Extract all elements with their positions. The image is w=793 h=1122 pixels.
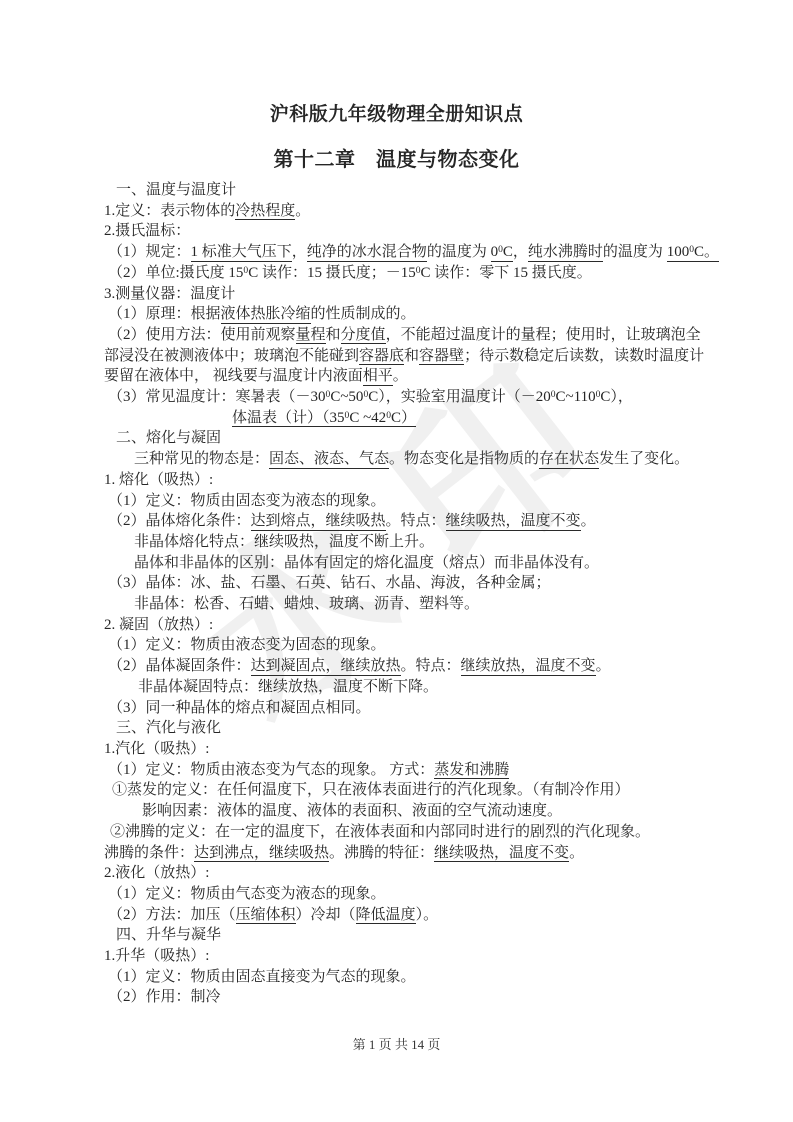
text-line: 晶体和非晶体的区别：晶体有固定的熔化温度（熔点）而非晶体没有。 (104, 553, 764, 574)
text-line: ①蒸发的定义：在任何温度下，只在液体表面进行的汽化现象。（有制冷作用） (104, 780, 764, 801)
text-line: 非晶体熔化特点：继续吸热，温度不断上升。 (104, 532, 764, 553)
text-line: 1.升华（吸热）: (104, 946, 764, 967)
text-segment: 部浸没在被测液体中；玻璃泡不能碰到 (104, 348, 359, 364)
text-segment: C 读作：零下 15 摄氏度。 (421, 265, 592, 281)
text-segment: 。 (393, 368, 408, 384)
text-segment: （3）常见温度计：寒暑表（－30 (108, 389, 326, 405)
text-segment: 要留在液体中， 视线要与温度计内液面 (104, 368, 363, 384)
text-segment: （1）规定： (108, 244, 191, 260)
text-segment: ①蒸发的定义：在任何温度下，只在液体表面进行的汽化现象。（有制冷作用） (112, 782, 630, 798)
text-line: （2）使用方法：使用前观察量程和分度值，不能超过温度计的量程；使用时，让玻璃泡全 (104, 325, 764, 346)
text-line: 1. 熔化（吸热）: (104, 470, 764, 491)
text-segment: ）。 (416, 907, 439, 923)
text-segment: 。沸腾的特征： (329, 845, 434, 861)
text-segment: 。特点： (386, 513, 446, 529)
text-line: 非晶体：松香、石蜡、蜡烛、玻璃、沥青、塑料等。 (104, 594, 764, 615)
text-segment: 非晶体凝固特点：继续放热，温度不断下降。 (138, 679, 438, 695)
text-line: （2）方法：加压（压缩体积）冷却（降低温度）。 (104, 905, 764, 926)
text-line: （2）晶体熔化条件：达到熔点，继续吸热。特点：继续吸热，温度不变。 (104, 511, 764, 532)
text-line: 2.摄氏温标： (104, 221, 764, 242)
text-segment: 2.液化（放热）: (104, 865, 209, 881)
text-segment: （1）定义：物质由气态变为液态的现象。 (108, 886, 386, 902)
text-line: 2.液化（放热）: (104, 863, 764, 884)
text-segment: C~50 (330, 389, 363, 405)
text-line: （1）定义：物质由液态变为固态的现象。 (104, 635, 764, 656)
underlined-text: 1 标准大气压下 (191, 244, 292, 262)
text-segment: C）， (600, 389, 633, 405)
text-line: （3）常见温度计：寒暑表（－300C~500C），实验室用温度计（－200C~1… (104, 387, 764, 408)
text-segment: 发生了变化。 (599, 451, 689, 467)
underlined-text: 分度值 (341, 327, 386, 345)
text-line: 3.测量仪器：温度计 (104, 284, 764, 305)
text-segment: 。特点： (401, 658, 461, 674)
underlined-text: 容器底 (359, 348, 404, 366)
text-line: （3）晶体：冰、盐、石墨、石英、钻石、水晶、海波，各种金属； (104, 573, 764, 594)
text-segment: 非晶体熔化特点：继续吸热，温度不断上升。 (134, 534, 434, 550)
text-segment: 。 (581, 513, 596, 529)
text-line: 2. 凝固（放热）: (104, 615, 764, 636)
text-segment: （2）使用方法：使用前观察 (108, 327, 296, 343)
text-line: 要留在液体中， 视线要与温度计内液面相平。 (104, 366, 764, 387)
text-segment: （1）定义：物质由固态直接变为气态的现象。 (108, 969, 416, 985)
text-segment: 2.摄氏温标： (104, 223, 190, 239)
text-segment: 的温度为 (603, 244, 667, 260)
text-line: （1）定义：物质由固态变为液态的现象。 (104, 491, 764, 512)
text-segment: ， (513, 244, 528, 260)
underlined-text: 继续吸热，温度不变 (446, 513, 581, 531)
text-segment: 非晶体：松香、石蜡、蜡烛、玻璃、沥青、塑料等。 (134, 596, 479, 612)
text-line: ②沸腾的定义：在一定的温度下，在液体表面和内部同时进行的剧烈的汽化现象。 (104, 822, 764, 843)
text-line: 二、熔化与凝固 (104, 428, 764, 449)
document-title: 沪科版九年级物理全册知识点 (0, 99, 793, 126)
text-line: 影响因素：液体的温度、液体的表面积、液面的空气流动速度。 (104, 801, 764, 822)
text-segment: （2）单位:摄氏度 15 (108, 265, 243, 281)
text-segment: （2）方法：加压（ (108, 907, 236, 923)
underlined-text: 达到熔点，继续吸热 (251, 513, 386, 531)
text-segment: 。 (295, 203, 310, 219)
text-segment: 沸腾的条件： (104, 845, 194, 861)
underlined-text: 降低温度 (356, 907, 416, 925)
text-line: （2）晶体凝固条件：达到凝固点，继续放热。特点：继续放热，温度不变。 (104, 656, 764, 677)
text-segment: 。 (569, 845, 584, 861)
text-segment: C 读作：15 摄氏度；－15 (248, 265, 416, 281)
text-line: 体温表（计）（350C ~420C） (104, 408, 764, 429)
underlined-text: 达到凝固点，继续放热 (251, 658, 401, 676)
text-segment: ）冷却（ (296, 907, 356, 923)
underlined-text: 达到沸点，继续吸热 (194, 845, 329, 863)
text-segment: 2. 凝固（放热）: (104, 617, 213, 633)
text-segment: 的性质制成的。 (311, 306, 416, 322)
chapter-title: 第十二章 温度与物态变化 (0, 143, 793, 172)
text-segment: C），实验室用温度计（－20 (368, 389, 551, 405)
underlined-text: 纯净的冰水混合物 (307, 244, 427, 262)
text-segment: 影响因素：液体的温度、液体的表面积、液面的空气流动速度。 (142, 803, 562, 819)
text-line: （1）定义：物质由气态变为液态的现象。 (104, 884, 764, 905)
text-segment: （2）晶体凝固条件： (108, 658, 251, 674)
underlined-text: C） (391, 410, 416, 428)
text-segment: ， (292, 244, 307, 260)
document-body: 一、温度与温度计1.定义：表示物体的冷热程度。2.摄氏温标：（1）规定：1 标准… (104, 180, 764, 1008)
text-segment: 。物态变化是指物质的 (389, 451, 539, 467)
text-line: （1）原理：根据液体热胀冷缩的性质制成的。 (104, 304, 764, 325)
text-segment: 三、汽化与液化 (116, 720, 221, 736)
text-segment: （1）定义：物质由液态变为气态的现象。 方式： (108, 762, 434, 778)
text-line: （1）规定：1 标准大气压下，纯净的冰水混合物的温度为 00C，纯水沸腾时的温度… (104, 242, 764, 263)
underlined-text: 相平 (363, 368, 393, 386)
underlined-text: 量程 (296, 327, 326, 345)
underlined-text: 存在状态 (539, 451, 599, 469)
text-line: 1.汽化（吸热）: (104, 739, 764, 760)
text-line: 三、汽化与液化 (104, 718, 764, 739)
text-segment: 1. 熔化（吸热）: (104, 472, 213, 488)
text-segment: （2）作用：制冷 (108, 989, 221, 1005)
text-segment: ，不能超过温度计的量程；使用时，让玻璃泡全 (386, 327, 701, 343)
underlined-text: 固态、液态、气态 (269, 451, 389, 469)
underlined-text: 继续吸热，温度不变 (434, 845, 569, 863)
text-segment: 1.汽化（吸热）: (104, 741, 209, 757)
text-segment: 晶体和非晶体的区别：晶体有固定的熔化温度（熔点）而非晶体没有。 (134, 555, 599, 571)
text-line: 沸腾的条件：达到沸点，继续吸热。沸腾的特征：继续吸热，温度不变。 (104, 843, 764, 864)
underlined-text: 100 (667, 244, 690, 262)
text-line: （1）定义：物质由液态变为气态的现象。 方式：蒸发和沸腾 (104, 760, 764, 781)
text-segment: 四、升华与凝华 (116, 927, 221, 943)
page-number-footer: 第 1 页 共 14 页 (0, 1034, 793, 1053)
text-segment: 一、温度与温度计 (116, 182, 236, 198)
text-segment: 。 (596, 658, 611, 674)
text-line: 四、升华与凝华 (104, 925, 764, 946)
text-segment: 1.定义：表示物体的 (104, 203, 235, 219)
text-segment: 二、熔化与凝固 (116, 430, 221, 446)
text-line: （1）定义：物质由固态直接变为气态的现象。 (104, 967, 764, 988)
text-line: 非晶体凝固特点：继续放热，温度不断下降。 (104, 677, 764, 698)
text-segment: （2）晶体熔化条件： (108, 513, 251, 529)
underlined-text: 纯水沸腾时 (528, 244, 603, 262)
text-line: 三种常见的物态是：固态、液态、气态。物态变化是指物质的存在状态发生了变化。 (104, 449, 764, 470)
underlined-text: C。 (694, 244, 719, 262)
text-line: 部浸没在被测液体中；玻璃泡不能碰到容器底和容器壁；待示数稳定后读数，读数时温度计 (104, 346, 764, 367)
text-segment: 3.测量仪器：温度计 (104, 286, 235, 302)
underlined-text: 蒸发和沸腾 (434, 762, 509, 780)
text-segment: （3）同一种晶体的熔点和凝固点相同。 (108, 700, 371, 716)
underlined-text: C (503, 244, 513, 262)
text-segment: ；待示数稳定后读数，读数时温度计 (464, 348, 704, 364)
text-line: 一、温度与温度计 (104, 180, 764, 201)
underlined-text: 液体热胀冷缩 (221, 306, 311, 324)
text-segment: （1）定义：物质由液态变为固态的现象。 (108, 637, 386, 653)
underlined-text: 容器壁 (419, 348, 464, 366)
text-segment: 的温度为 (427, 244, 491, 260)
text-segment: （1）原理：根据 (108, 306, 221, 322)
text-segment: 三种常见的物态是： (134, 451, 269, 467)
text-segment: 和 (326, 327, 341, 343)
text-line: （2）作用：制冷 (104, 987, 764, 1008)
text-segment: ②沸腾的定义：在一定的温度下，在液体表面和内部同时进行的剧烈的汽化现象。 (110, 824, 650, 840)
document-page: 水印 沪科版九年级物理全册知识点 第十二章 温度与物态变化 一、温度与温度计1.… (0, 0, 793, 1122)
text-line: 1.定义：表示物体的冷热程度。 (104, 201, 764, 222)
underlined-text: 继续放热，温度不变 (461, 658, 596, 676)
underlined-text: C ~42 (349, 410, 386, 428)
text-segment: C~110 (556, 389, 596, 405)
underlined-text: 体温表（计）（35 (232, 410, 345, 428)
underlined-text: 压缩体积 (236, 907, 296, 925)
text-segment: （1）定义：物质由固态变为液态的现象。 (108, 493, 386, 509)
text-line: （3）同一种晶体的熔点和凝固点相同。 (104, 698, 764, 719)
text-segment: 和 (404, 348, 419, 364)
underlined-text: 0 (491, 244, 499, 262)
text-line: （2）单位:摄氏度 150C 读作：15 摄氏度；－150C 读作：零下 15 … (104, 263, 764, 284)
text-segment: 1.升华（吸热）: (104, 948, 209, 964)
underlined-text: 冷热程度 (235, 203, 295, 221)
text-segment: （3）晶体：冰、盐、石墨、石英、钻石、水晶、海波，各种金属； (108, 575, 551, 591)
